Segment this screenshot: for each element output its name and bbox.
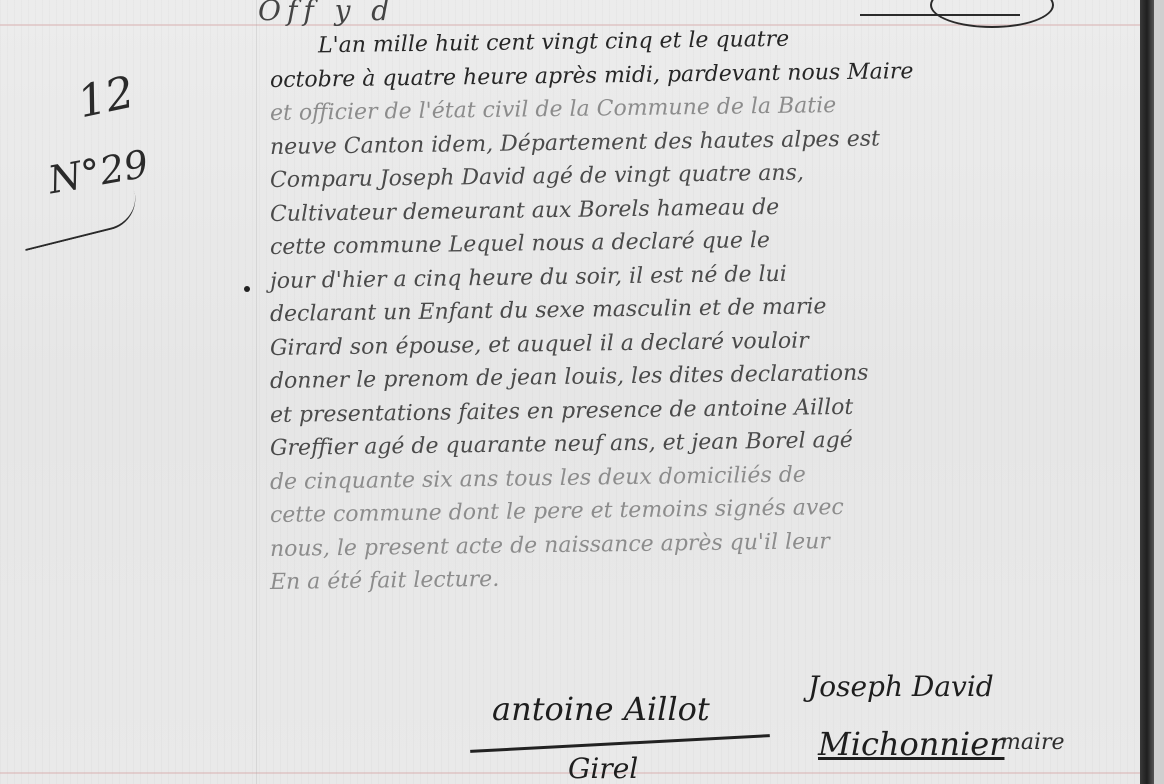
register-page: Off y d 12 N°29 L'an mille huit cent vin… <box>0 0 1164 784</box>
record-body: L'an mille huit cent vingt cinq et le qu… <box>270 30 1130 600</box>
witness-signature-flourish <box>470 734 770 753</box>
mayor-title: maire <box>1000 730 1065 755</box>
binding-shadow <box>1154 0 1164 784</box>
father-signature: Joseph David <box>808 670 994 703</box>
ink-dot <box>244 286 250 292</box>
folio-number: 12 <box>73 67 138 129</box>
mayor-signature: Michonnier <box>818 725 1004 763</box>
margin-rule-left <box>256 0 257 784</box>
entry-number-flourish <box>18 191 142 251</box>
bottom-cutoff-signature: Girel <box>568 752 638 784</box>
binding-edge <box>1140 0 1154 784</box>
top-cutoff-text: Off y d <box>258 0 395 27</box>
witness-signature: antoine Aillot <box>492 690 710 728</box>
entry-number: N°29 <box>45 142 152 203</box>
